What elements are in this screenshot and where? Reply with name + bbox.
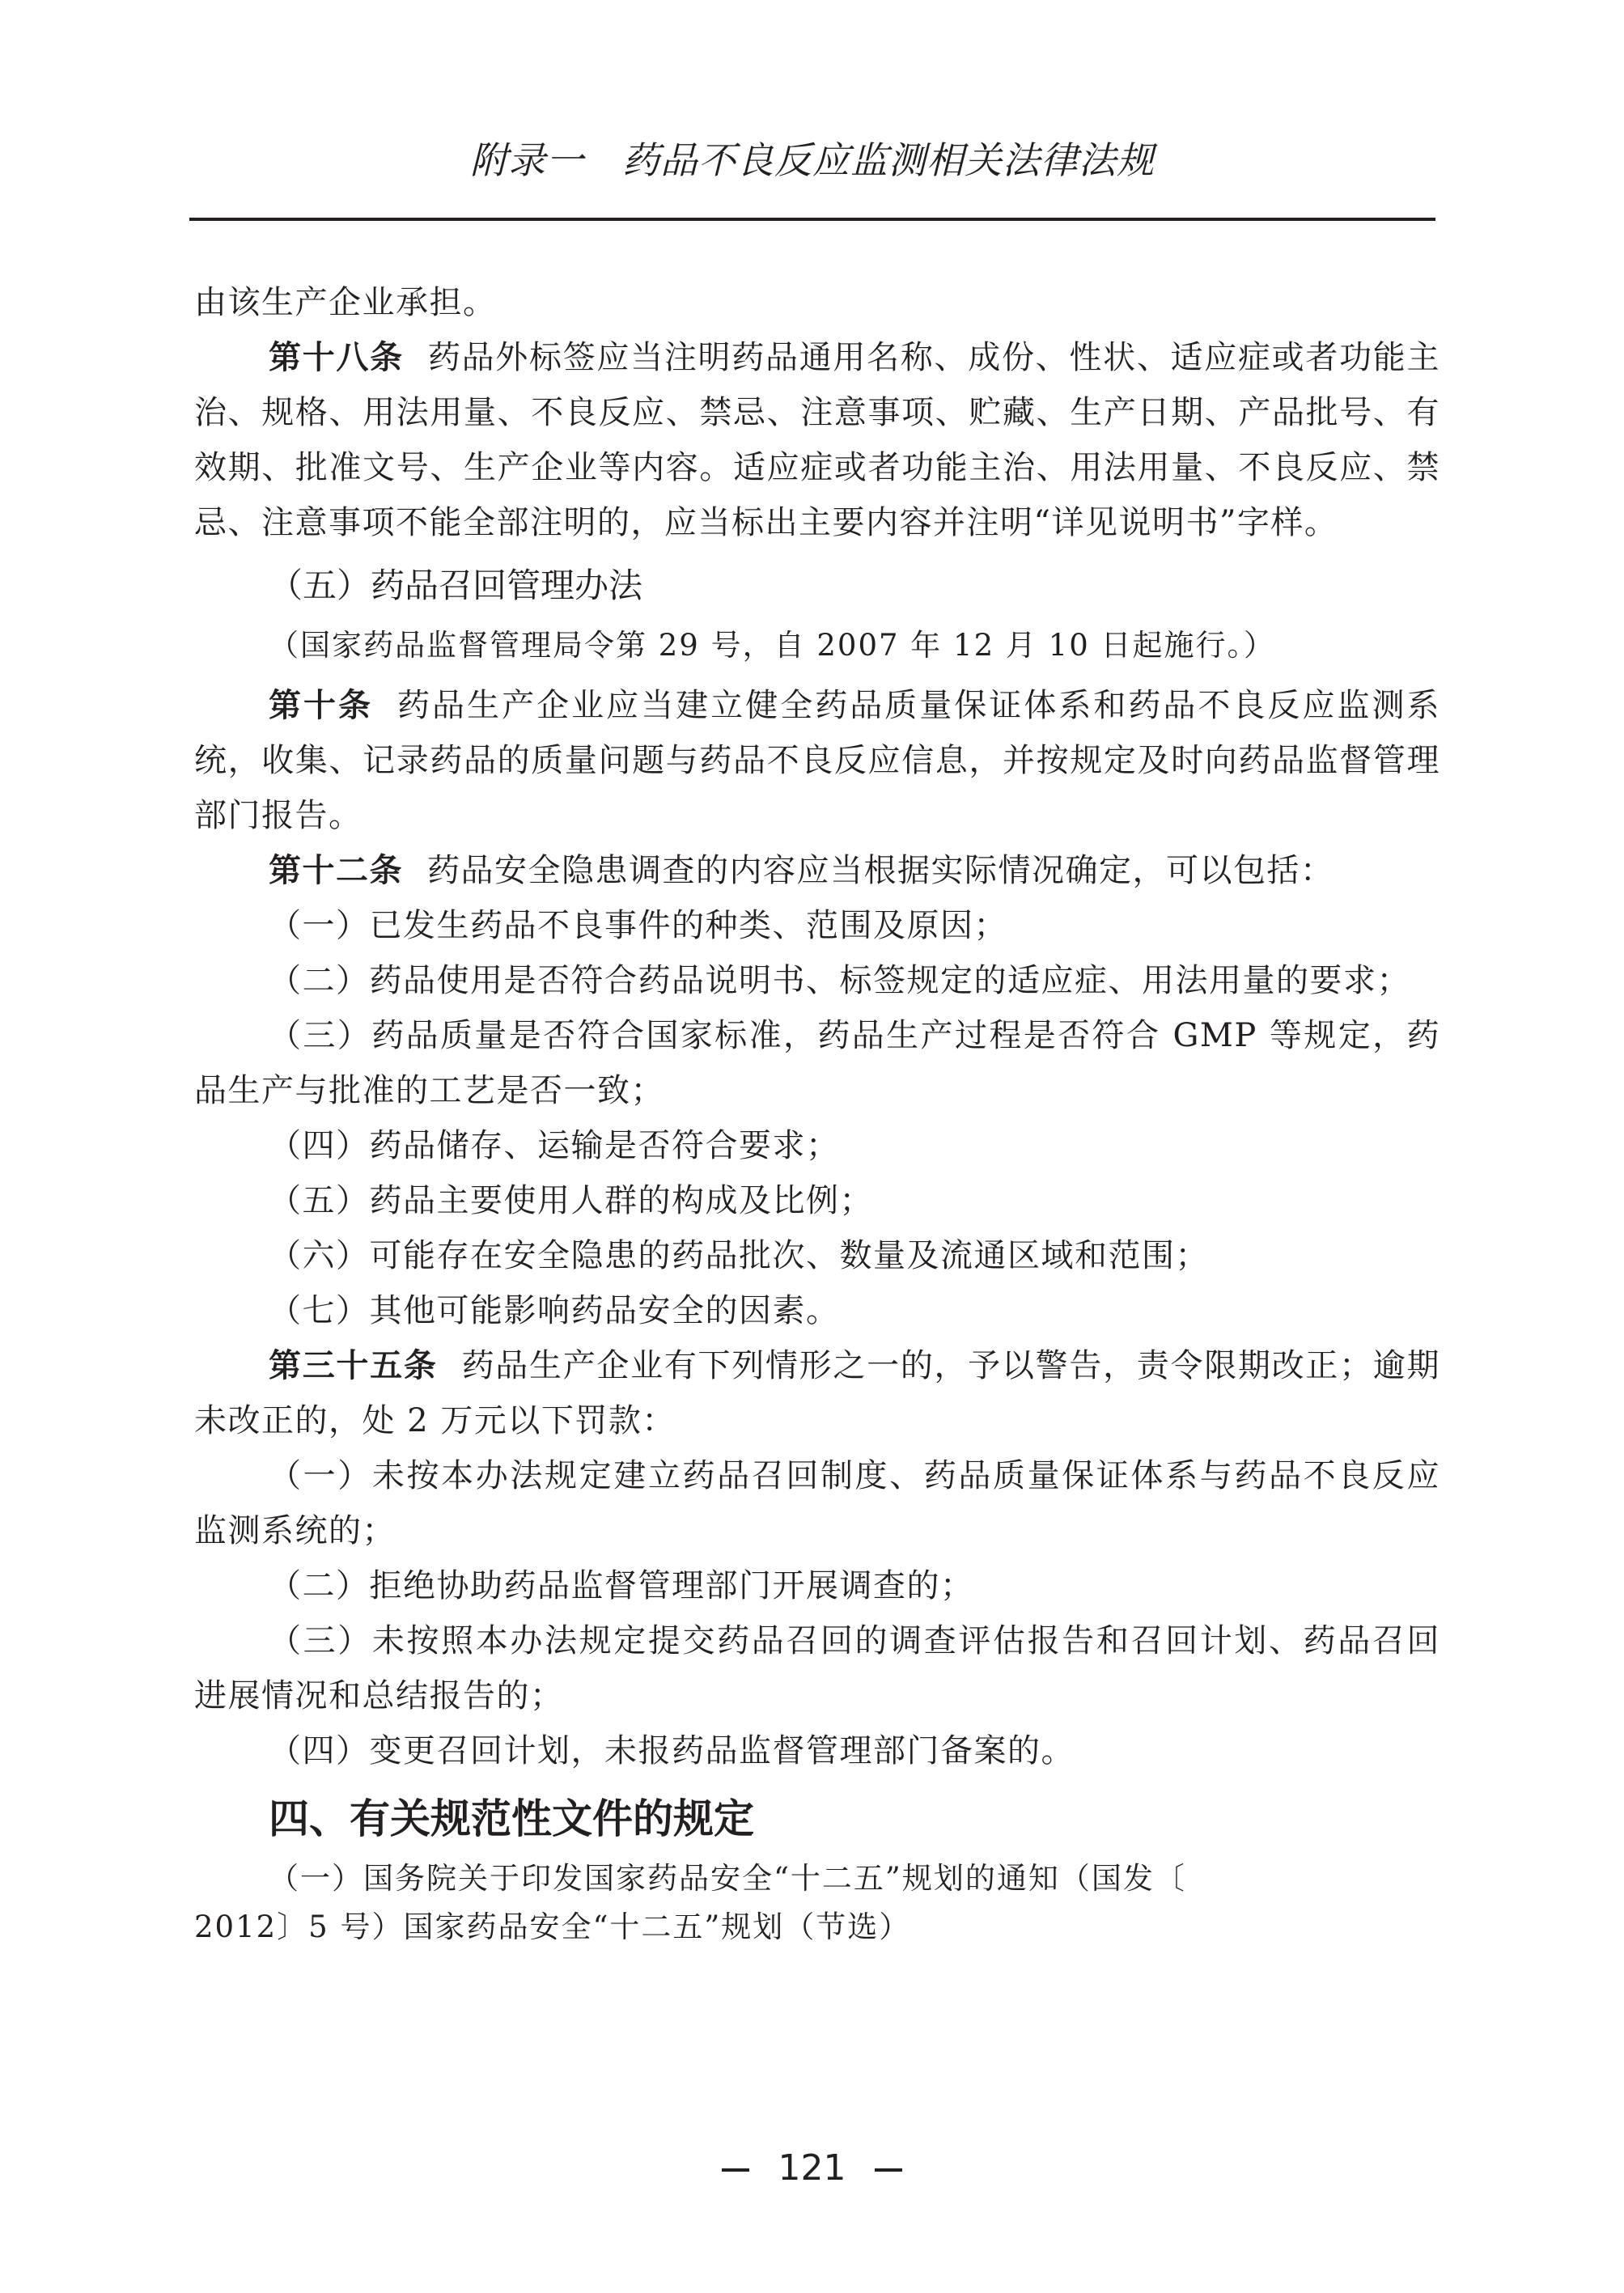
page-footer: 121: [0, 2144, 1624, 2193]
document-title-line-1: （一）国务院关于印发国家药品安全“十二五”规划的通知（国发〔: [194, 1854, 1440, 1903]
list-item: （二）药品使用是否符合药品说明书、标签规定的适应症、用法用量的要求；: [194, 953, 1440, 1008]
list-item: （四）变更召回计划，未报药品监督管理部门备案的。: [194, 1723, 1440, 1778]
article-12: 第十二条药品安全隐患调查的内容应当根据实际情况确定，可以包括：: [194, 843, 1440, 898]
continuation-paragraph: 由该生产企业承担。: [194, 275, 1440, 330]
article-text: 药品生产企业应当建立健全药品质量保证体系和药品不良反应监测系统，收集、记录药品的…: [194, 687, 1440, 834]
list-item: （一）已发生药品不良事件的种类、范围及原因；: [194, 898, 1440, 953]
page-number: 121: [778, 2147, 846, 2189]
list-item: （七）其他可能影响药品安全的因素。: [194, 1283, 1440, 1338]
section-heading-normative-documents: 四、有关规范性文件的规定: [194, 1787, 1440, 1851]
list-item: （六）可能存在安全隐患的药品批次、数量及流通区域和范围；: [194, 1228, 1440, 1283]
article-18: 第十八条药品外标签应当注明药品通用名称、成份、性状、适应症或者功能主治、规格、用…: [194, 330, 1440, 550]
article-35: 第三十五条药品生产企业有下列情形之一的，予以警告，责令限期改正；逾期未改正的，处…: [194, 1338, 1440, 1448]
article-number: 第十八条: [269, 339, 404, 376]
dash-right: [875, 2168, 902, 2172]
list-item: （三）药品质量是否符合国家标准，药品生产过程是否符合 GMP 等规定，药品生产与…: [194, 1008, 1440, 1118]
regulation-source-note: （国家药品监督管理局令第 29 号，自 2007 年 12 月 10 日起施行。…: [194, 618, 1440, 673]
list-item: （二）拒绝协助药品监督管理部门开展调查的；: [194, 1558, 1440, 1613]
header-rule: [189, 218, 1435, 221]
article-number: 第十条: [269, 687, 373, 724]
list-item: （五）药品主要使用人群的构成及比例；: [194, 1173, 1440, 1228]
document-title-line-2: 2012〕5 号）国家药品安全“十二五”规划（节选）: [194, 1903, 1440, 1952]
dash-left: [722, 2168, 749, 2172]
list-item: （四）药品储存、运输是否符合要求；: [194, 1118, 1440, 1173]
article-10: 第十条药品生产企业应当建立健全药品质量保证体系和药品不良反应监测系统，收集、记录…: [194, 678, 1440, 843]
list-item: （一）未按本办法规定建立药品召回制度、药品质量保证体系与药品不良反应监测系统的；: [194, 1448, 1440, 1558]
article-text: 药品安全隐患调查的内容应当根据实际情况确定，可以包括：: [427, 852, 1334, 889]
running-header: 附录一 药品不良反应监测相关法律法规: [189, 136, 1435, 184]
article-number: 第三十五条: [269, 1347, 438, 1384]
page-body: 由该生产企业承担。 第十八条药品外标签应当注明药品通用名称、成份、性状、适应症或…: [194, 275, 1440, 1952]
article-number: 第十二条: [269, 852, 403, 889]
section-heading-recall: （五）药品召回管理办法: [194, 557, 1440, 615]
list-item: （三）未按照本办法规定提交药品召回的调查评估报告和召回计划、药品召回进展情况和总…: [194, 1613, 1440, 1723]
